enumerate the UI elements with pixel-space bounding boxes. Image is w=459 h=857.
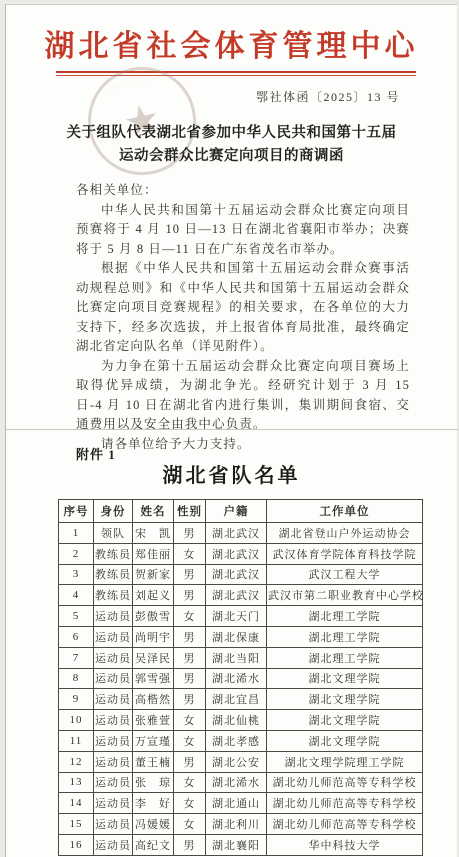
cell-name: 张雅萱: [133, 710, 174, 731]
cell-gender: 男: [174, 626, 206, 647]
cell-work-unit: 湖北省登山户外运动协会: [267, 523, 423, 544]
cell-gender: 女: [174, 793, 206, 814]
table-row: 4教练员刘起义男湖北武汉武汉市第二职业教育中心学校: [59, 585, 423, 606]
cell-name: 郭雪强: [133, 668, 174, 689]
cell-index: 9: [59, 689, 94, 710]
cell-name: 贺新家: [133, 564, 174, 585]
cell-gender: 女: [174, 772, 206, 793]
attachment-title: 湖北省队名单: [6, 459, 457, 488]
cell-role: 领队: [94, 523, 133, 544]
cell-name: 高纪文: [133, 834, 174, 855]
cell-role: 教练员: [94, 543, 133, 564]
cell-registry: 湖北宜昌: [206, 689, 267, 710]
cell-index: 4: [59, 585, 94, 606]
page-separator: [6, 429, 458, 430]
cell-work-unit: 湖北文理学院理工学院: [267, 751, 423, 772]
cell-registry: 湖北当阳: [206, 647, 267, 668]
table-row: 3教练员贺新家男湖北武汉武汉工程大学: [59, 564, 423, 585]
cell-work-unit: 湖北理工学院: [267, 647, 423, 668]
letter-title-line1: 关于组队代表湖北省参加中华人民共和国第十五届: [6, 122, 457, 145]
masthead-rule-bottom: [56, 75, 416, 77]
column-header-index: 序号: [59, 500, 94, 523]
cell-index: 3: [59, 564, 94, 585]
cell-role: 运动员: [94, 647, 133, 668]
cell-registry: 湖北武汉: [206, 523, 267, 544]
cell-gender: 男: [174, 668, 206, 689]
cell-index: 10: [59, 710, 94, 731]
cell-registry: 湖北武汉: [206, 543, 267, 564]
cell-registry: 湖北浠水: [206, 668, 267, 689]
cell-index: 12: [59, 751, 94, 772]
paragraph-4: 请各单位给予大力支持。: [76, 435, 410, 455]
cell-index: 11: [59, 730, 94, 751]
letter-title: 关于组队代表湖北省参加中华人民共和国第十五届 运动会群众比赛定向项目的商调函: [6, 122, 457, 168]
salutation: 各相关单位：: [76, 181, 410, 201]
cell-gender: 男: [174, 834, 206, 855]
cell-index: 16: [59, 834, 94, 855]
org-title: 湖北省社会体育管理中心: [6, 21, 457, 65]
cell-role: 运动员: [94, 814, 133, 835]
cell-work-unit: 湖北理工学院: [267, 606, 423, 627]
cell-index: 14: [59, 793, 94, 814]
cell-name: 吴泽民: [133, 647, 174, 668]
letter-title-line2: 运动会群众比赛定向项目的商调函: [6, 145, 457, 168]
cell-registry: 湖北仙桃: [206, 710, 267, 731]
doc-number: 鄂社体函〔2025〕13 号: [256, 88, 400, 105]
cell-gender: 女: [174, 710, 206, 731]
cell-name: 刘起义: [133, 585, 174, 606]
cell-work-unit: 湖北幼儿师范高等专科学校: [267, 772, 423, 793]
cell-registry: 湖北天门: [206, 606, 267, 627]
cell-index: 5: [59, 606, 94, 627]
cell-name: 宋 凯: [133, 523, 174, 544]
cell-name: 彭傲雪: [133, 606, 174, 627]
cell-registry: 湖北武汉: [206, 585, 267, 606]
cell-registry: 湖北襄阳: [206, 834, 267, 855]
table-row: 12运动员董王楠男湖北公安湖北文理学院理工学院: [59, 751, 423, 772]
cell-gender: 男: [174, 564, 206, 585]
table-row: 14运动员李 好女湖北通山湖北幼儿师范高等专科学校: [59, 793, 423, 814]
cell-name: 高楷然: [133, 689, 174, 710]
cell-registry: 湖北武汉: [206, 564, 267, 585]
column-header-gender: 性别: [174, 500, 206, 523]
paragraph-1: 中华人民共和国第十五届运动会群众比赛定向项目预赛将于 4 月 10 日—13 日…: [76, 201, 410, 260]
masthead-rule-top: [56, 71, 416, 73]
cell-role: 教练员: [94, 585, 133, 606]
cell-role: 运动员: [94, 772, 133, 793]
cell-role: 运动员: [94, 834, 133, 855]
cell-registry: 湖北孝感: [206, 730, 267, 751]
cell-gender: 女: [174, 606, 206, 627]
cell-gender: 男: [174, 751, 206, 772]
cell-index: 2: [59, 543, 94, 564]
table-row: 6运动员尚明宇男湖北保康湖北理工学院: [59, 626, 423, 647]
cell-role: 运动员: [94, 710, 133, 731]
cell-work-unit: 湖北理工学院: [267, 626, 423, 647]
cell-gender: 女: [174, 730, 206, 751]
cell-name: 董王楠: [133, 751, 174, 772]
column-header-registry: 户籍: [206, 500, 267, 523]
roster-table: 序号身份姓名性别户籍工作单位 1领队宋 凯男湖北武汉湖北省登山户外运动协会2教练…: [58, 499, 423, 856]
column-header-role: 身份: [94, 500, 133, 523]
cell-gender: 女: [174, 543, 206, 564]
table-row: 9运动员高楷然男湖北宜昌湖北文理学院: [59, 689, 423, 710]
roster-table-body: 1领队宋 凯男湖北武汉湖北省登山户外运动协会2教练员郑佳丽女湖北武汉武汉体育学院…: [59, 523, 423, 856]
cell-role: 运动员: [94, 793, 133, 814]
cell-work-unit: 武汉市第二职业教育中心学校: [267, 585, 423, 606]
table-row: 2教练员郑佳丽女湖北武汉武汉体育学院体育科技学院: [59, 543, 423, 564]
cell-name: 冯媛媛: [133, 814, 174, 835]
cell-index: 7: [59, 647, 94, 668]
cell-role: 运动员: [94, 730, 133, 751]
table-row: 8运动员郭雪强男湖北浠水湖北文理学院: [59, 668, 423, 689]
column-header-name: 姓名: [133, 500, 174, 523]
cell-role: 运动员: [94, 606, 133, 627]
cell-registry: 湖北公安: [206, 751, 267, 772]
cell-name: 李 好: [133, 793, 174, 814]
cell-work-unit: 华中科技大学: [267, 834, 423, 855]
cell-work-unit: 武汉工程大学: [267, 564, 423, 585]
cell-index: 8: [59, 668, 94, 689]
cell-index: 1: [59, 523, 94, 544]
cell-registry: 湖北利川: [206, 814, 267, 835]
table-row: 7运动员吴泽民男湖北当阳湖北理工学院: [59, 647, 423, 668]
cell-work-unit: 武汉体育学院体育科技学院: [267, 543, 423, 564]
cell-gender: 男: [174, 689, 206, 710]
table-row: 13运动员张 琼女湖北浠水湖北幼儿师范高等专科学校: [59, 772, 423, 793]
cell-gender: 男: [174, 585, 206, 606]
cell-gender: 男: [174, 523, 206, 544]
cell-work-unit: 湖北文理学院: [267, 710, 423, 731]
table-row: 1领队宋 凯男湖北武汉湖北省登山户外运动协会: [59, 523, 423, 544]
letter-body: 各相关单位： 中华人民共和国第十五届运动会群众比赛定向项目预赛将于 4 月 10…: [76, 181, 410, 454]
paragraph-2: 根据《中华人民共和国第十五届运动会群众赛事活动规程总则》和《中华人民共和国第十五…: [76, 259, 410, 357]
cell-registry: 湖北通山: [206, 793, 267, 814]
cell-name: 张 琼: [133, 772, 174, 793]
cell-name: 尚明宇: [133, 626, 174, 647]
cell-work-unit: 湖北文理学院: [267, 730, 423, 751]
cell-role: 运动员: [94, 751, 133, 772]
cell-gender: 男: [174, 647, 206, 668]
cell-role: 运动员: [94, 689, 133, 710]
cell-registry: 湖北保康: [206, 626, 267, 647]
cell-role: 运动员: [94, 668, 133, 689]
table-row: 15运动员冯媛媛女湖北利川湖北幼儿师范高等专科学校: [59, 814, 423, 835]
cell-gender: 女: [174, 814, 206, 835]
letter-page: 湖北省社会体育管理中心 鄂社体函〔2025〕13 号 ·········· ★ …: [5, 4, 457, 857]
cell-role: 运动员: [94, 626, 133, 647]
masthead-rule: [56, 71, 416, 76]
table-row: 5运动员彭傲雪女湖北天门湖北理工学院: [59, 606, 423, 627]
table-row: 16运动员高纪文男湖北襄阳华中科技大学: [59, 834, 423, 855]
cell-index: 13: [59, 772, 94, 793]
cell-index: 15: [59, 814, 94, 835]
cell-role: 教练员: [94, 564, 133, 585]
cell-index: 6: [59, 626, 94, 647]
cell-work-unit: 湖北幼儿师范高等专科学校: [267, 793, 423, 814]
cell-work-unit: 湖北文理学院: [267, 668, 423, 689]
cell-registry: 湖北浠水: [206, 772, 267, 793]
table-header-row: 序号身份姓名性别户籍工作单位: [59, 500, 423, 523]
paragraph-3: 为力争在第十五届运动会群众比赛定向项目赛场上取得优异成绩，为湖北争光。经研究计划…: [76, 357, 410, 435]
cell-name: 万宣瑾: [133, 730, 174, 751]
column-header-work-unit: 工作单位: [267, 500, 423, 523]
table-row: 11运动员万宣瑾女湖北孝感湖北文理学院: [59, 730, 423, 751]
cell-work-unit: 湖北幼儿师范高等专科学校: [267, 814, 423, 835]
cell-name: 郑佳丽: [133, 543, 174, 564]
table-row: 10运动员张雅萱女湖北仙桃湖北文理学院: [59, 710, 423, 731]
cell-work-unit: 湖北文理学院: [267, 689, 423, 710]
